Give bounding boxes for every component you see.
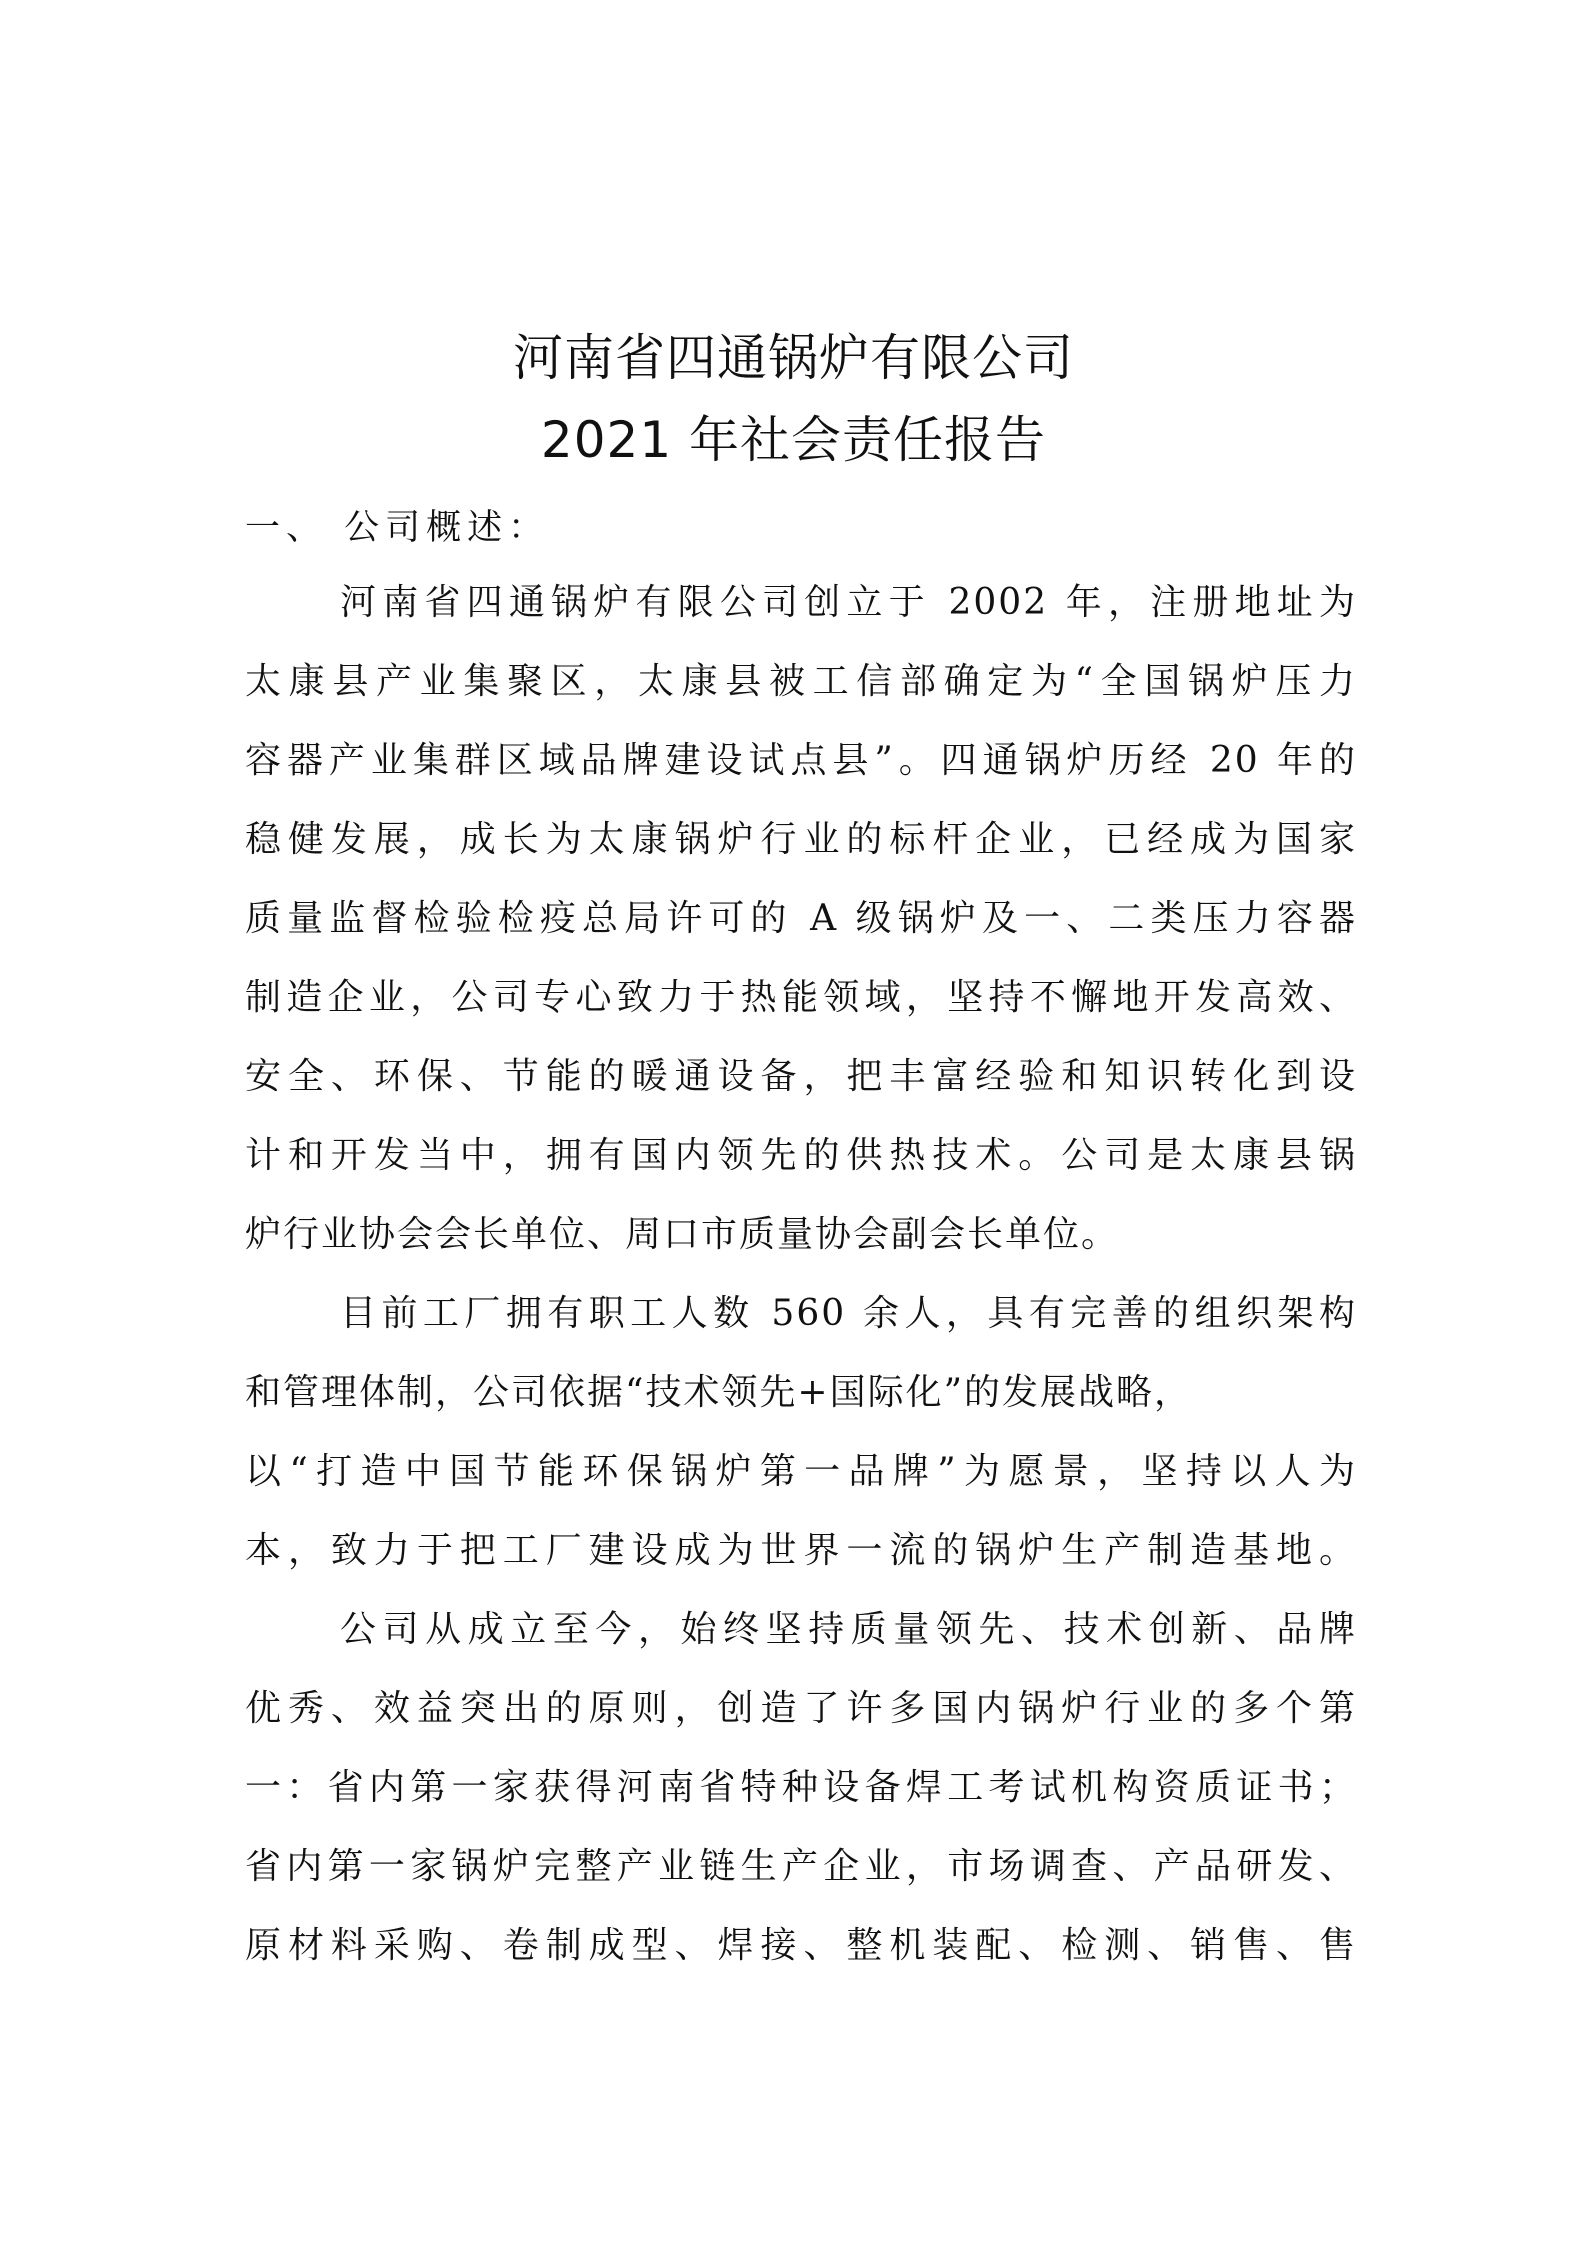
paragraph-line: 公司从成立至今，始终坚持质量领先、技术创新、品牌 <box>340 1605 1357 1655</box>
paragraph-line: 计和开发当中，拥有国内领先的供热技术。公司是太康县锅 <box>245 1131 1357 1181</box>
paragraph-line: 安全、环保、节能的暖通设备，把丰富经验和知识转化到设 <box>245 1052 1357 1102</box>
section-heading-overview: 一、 公司概述： <box>245 503 549 553</box>
paragraph-line: 和管理体制，公司依据“技术领先+国际化”的发展战略， <box>245 1368 1357 1418</box>
paragraph-line: 以“打造中国节能环保锅炉第一品牌”为愿景，坚持以人为 <box>245 1447 1357 1497</box>
paragraph-line: 太康县产业集聚区，太康县被工信部确定为“全国锅炉压力 <box>245 657 1357 707</box>
paragraph-line: 质量监督检验检疫总局许可的 A 级锅炉及一、二类压力容器 <box>245 894 1357 944</box>
report-title-year: 2021 年社会责任报告 <box>0 410 1587 470</box>
paragraph-line: 优秀、效益突出的原则，创造了许多国内锅炉行业的多个第 <box>245 1684 1357 1734</box>
paragraph-line: 容器产业集群区域品牌建设试点县”。四通锅炉历经 20 年的 <box>245 736 1357 786</box>
paragraph-line: 一：省内第一家获得河南省特种设备焊工考试机构资质证书； <box>245 1763 1357 1813</box>
paragraph-line: 本，致力于把工厂建设成为世界一流的锅炉生产制造基地。 <box>245 1526 1357 1576</box>
paragraph-line: 河南省四通锅炉有限公司创立于 2002 年，注册地址为 <box>340 578 1357 628</box>
paragraph-line: 目前工厂拥有职工人数 560 余人，具有完善的组织架构 <box>340 1289 1357 1339</box>
paragraph-line: 省内第一家锅炉完整产业链生产企业，市场调查、产品研发、 <box>245 1842 1357 1892</box>
paragraph-line: 制造企业，公司专心致力于热能领域，坚持不懈地开发高效、 <box>245 973 1357 1023</box>
paragraph-line: 原材料采购、卷制成型、焊接、整机装配、检测、销售、售 <box>245 1921 1357 1971</box>
document-page: 河南省四通锅炉有限公司 2021 年社会责任报告 一、 公司概述： 河南省四通锅… <box>0 0 1587 2245</box>
paragraph-line: 炉行业协会会长单位、周口市质量协会副会长单位。 <box>245 1210 1357 1260</box>
report-title-company: 河南省四通锅炉有限公司 <box>0 328 1587 388</box>
paragraph-line: 稳健发展，成长为太康锅炉行业的标杆企业，已经成为国家 <box>245 815 1357 865</box>
